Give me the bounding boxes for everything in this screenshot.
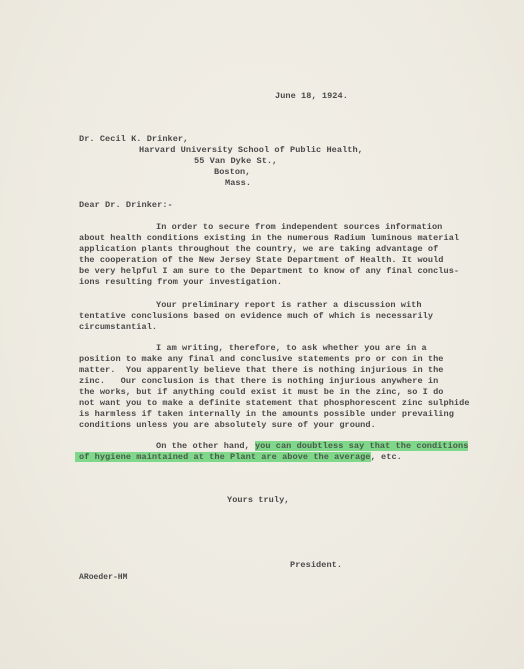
letter-page: June 18, 1924. Dr. Cecil K. Drinker, Har… — [0, 0, 524, 669]
paragraph-line: application plants throughout the countr… — [79, 244, 438, 255]
paragraph-line: In order to secure from independent sour… — [156, 222, 442, 233]
paragraph-line: matter. You apparently believe that ther… — [79, 365, 444, 376]
plain-text: On the other hand, — [156, 441, 255, 451]
paragraph-line: be very helpful I am sure to the Departm… — [79, 266, 459, 277]
paragraph-line: of hygiene maintained at the Plant are a… — [75, 452, 402, 463]
paragraph-line: is harmless if taken internally in the a… — [79, 409, 454, 420]
paragraph-line: position to make any final and conclusiv… — [79, 354, 444, 365]
highlighted-text: you can doubtless say that the condition… — [255, 441, 469, 451]
paragraph-line: not want you to make a definite statemen… — [79, 398, 470, 409]
recipient-state: Mass. — [225, 178, 251, 189]
letter-date: June 18, 1924. — [275, 91, 348, 102]
paragraph-line: conditions unless you are absolutely sur… — [79, 420, 376, 431]
highlighted-text: of hygiene maintained at the Plant are a… — [75, 452, 371, 462]
signature-title: President. — [290, 560, 342, 571]
reference-initials: ARoeder-HM — [79, 572, 128, 583]
paragraph-line: zinc. Our conclusion is that there is no… — [79, 376, 438, 387]
recipient-city: Boston, — [214, 167, 250, 178]
recipient-street: 55 Van Dyke St., — [194, 156, 277, 167]
salutation: Dear Dr. Drinker:- — [79, 200, 173, 211]
paragraph-line: circumstantial. — [79, 322, 157, 333]
plain-text: , etc. — [371, 452, 402, 462]
recipient-name: Dr. Cecil K. Drinker, — [79, 134, 188, 145]
paragraph-line: I am writing, therefore, to ask whether … — [156, 343, 427, 354]
paragraph-line: tentative conclusions based on evidence … — [79, 311, 433, 322]
paragraph-line: about health conditions existing in the … — [79, 233, 459, 244]
paragraph-line: ions resulting from your investigation. — [79, 277, 282, 288]
paragraph-line: the cooperation of the New Jersey State … — [79, 255, 444, 266]
paragraph-line: Your preliminary report is rather a disc… — [156, 300, 422, 311]
recipient-institution: Harvard University School of Public Heal… — [139, 145, 363, 156]
paragraph-line: On the other hand, you can doubtless say… — [156, 441, 468, 452]
paragraph-line: the works, but if anything could exist i… — [79, 387, 444, 398]
closing: Yours truly, — [227, 495, 290, 506]
